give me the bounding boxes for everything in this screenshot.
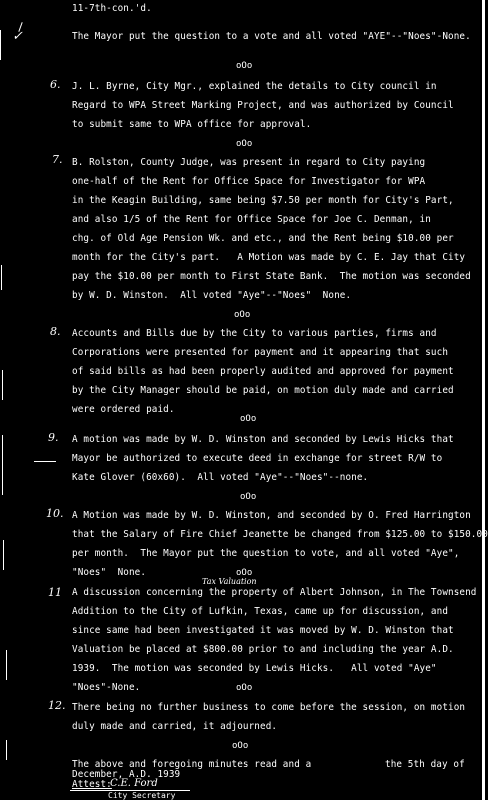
margin-mark [0, 30, 1, 60]
paragraph-line: Mayor be authorized to execute deed in e… [72, 453, 442, 464]
paragraph-line: A Motion was made by W. D. Winston, and … [72, 510, 471, 521]
paragraph-line: A discussion concerning the property of … [72, 587, 477, 598]
separator: oOo [240, 414, 256, 424]
item-number: 10. [46, 507, 64, 520]
margin-mark [1, 265, 2, 290]
page-header: 11-7th-con.'d. [72, 3, 152, 14]
item-number: 8. [50, 325, 61, 338]
separator: oOo [236, 683, 252, 693]
paragraph-line: B. Rolston, County Judge, was present in… [72, 157, 425, 168]
paragraph-line: pay the $10.00 per month to First State … [72, 271, 471, 282]
handwritten-annotation: Tax Valuation [202, 577, 257, 587]
paragraph-line: Corporations were presented for payment … [72, 347, 448, 358]
paragraph-line: per month. The Mayor put the question to… [72, 548, 459, 559]
margin-mark [34, 461, 56, 462]
item-number: 12. [48, 699, 66, 712]
paragraph-line: by the City Manager should be paid, on m… [72, 385, 454, 396]
closing-line-date: the 5th day of [385, 759, 465, 770]
paragraph-line: "Noes" None. [72, 567, 146, 578]
paragraph-line: and also 1/5 of the Rent for Office Spac… [72, 214, 431, 225]
paragraph-line: were ordered paid. [72, 404, 175, 415]
vote-line: The Mayor put the question to a vote and… [72, 31, 471, 42]
document-page: 11-7th-con.'d. ✓ The Mayor put the quest… [0, 0, 485, 800]
item-number: 6. [50, 78, 61, 91]
separator: oOo [236, 61, 252, 71]
margin-mark [3, 540, 4, 570]
signer-title: City Secretary [108, 791, 175, 800]
paragraph-line: Addition to the City of Lufkin, Texas, c… [72, 606, 448, 617]
paragraph-line: "Noes"-None. [72, 682, 140, 693]
page-edge [482, 0, 485, 800]
paragraph-line: J. L. Byrne, City Mgr., explained the de… [72, 81, 437, 92]
paragraph-line: chg. of Old Age Pension Wk. and etc., an… [72, 233, 454, 244]
paragraph-line: since same had been investigated it was … [72, 625, 454, 636]
separator: oOo [236, 139, 252, 149]
item-number: 9. [48, 431, 59, 444]
paragraph-line: one-half of the Rent for Office Space fo… [72, 176, 425, 187]
paragraph-line: Accounts and Bills due by the City to va… [72, 328, 437, 339]
margin-mark [2, 435, 3, 495]
paragraph-line: month for the City's part. A Motion was … [72, 252, 465, 263]
margin-mark [2, 370, 3, 400]
paragraph-line: 1939. The motion was seconded by Lewis H… [72, 663, 437, 674]
separator: oOo [240, 492, 256, 502]
paragraph-line: duly made and carried, it adjourned. [72, 721, 277, 732]
paragraph-line: by W. D. Winston. All voted "Aye"--"Noes… [72, 290, 351, 301]
separator: oOo [232, 741, 248, 751]
paragraph-line: There being no further business to come … [72, 702, 465, 713]
margin-check-icon: ✓ [12, 29, 23, 44]
paragraph-line: to submit same to WPA office for approva… [72, 119, 311, 130]
paragraph-line: Regard to WPA Street Marking Project, an… [72, 100, 454, 111]
margin-mark [6, 740, 7, 760]
paragraph-line: that the Salary of Fire Chief Jeanette b… [72, 529, 488, 540]
item-number: 7. [52, 153, 63, 166]
signature: C.E. Ford [110, 779, 158, 789]
item-number: 11 [48, 586, 62, 599]
margin-mark [6, 650, 7, 680]
separator: oOo [234, 310, 250, 320]
paragraph-line: Kate Glover (60x60). All voted "Aye"--"N… [72, 472, 368, 483]
paragraph-line: A motion was made by W. D. Winston and s… [72, 434, 454, 445]
paragraph-line: in the Keagin Building, same being $7.50… [72, 195, 454, 206]
attest-label: Attest: [72, 779, 112, 790]
paragraph-line: of said bills as had been properly audit… [72, 366, 454, 377]
paragraph-line: Valuation be placed at $800.00 prior to … [72, 644, 454, 655]
